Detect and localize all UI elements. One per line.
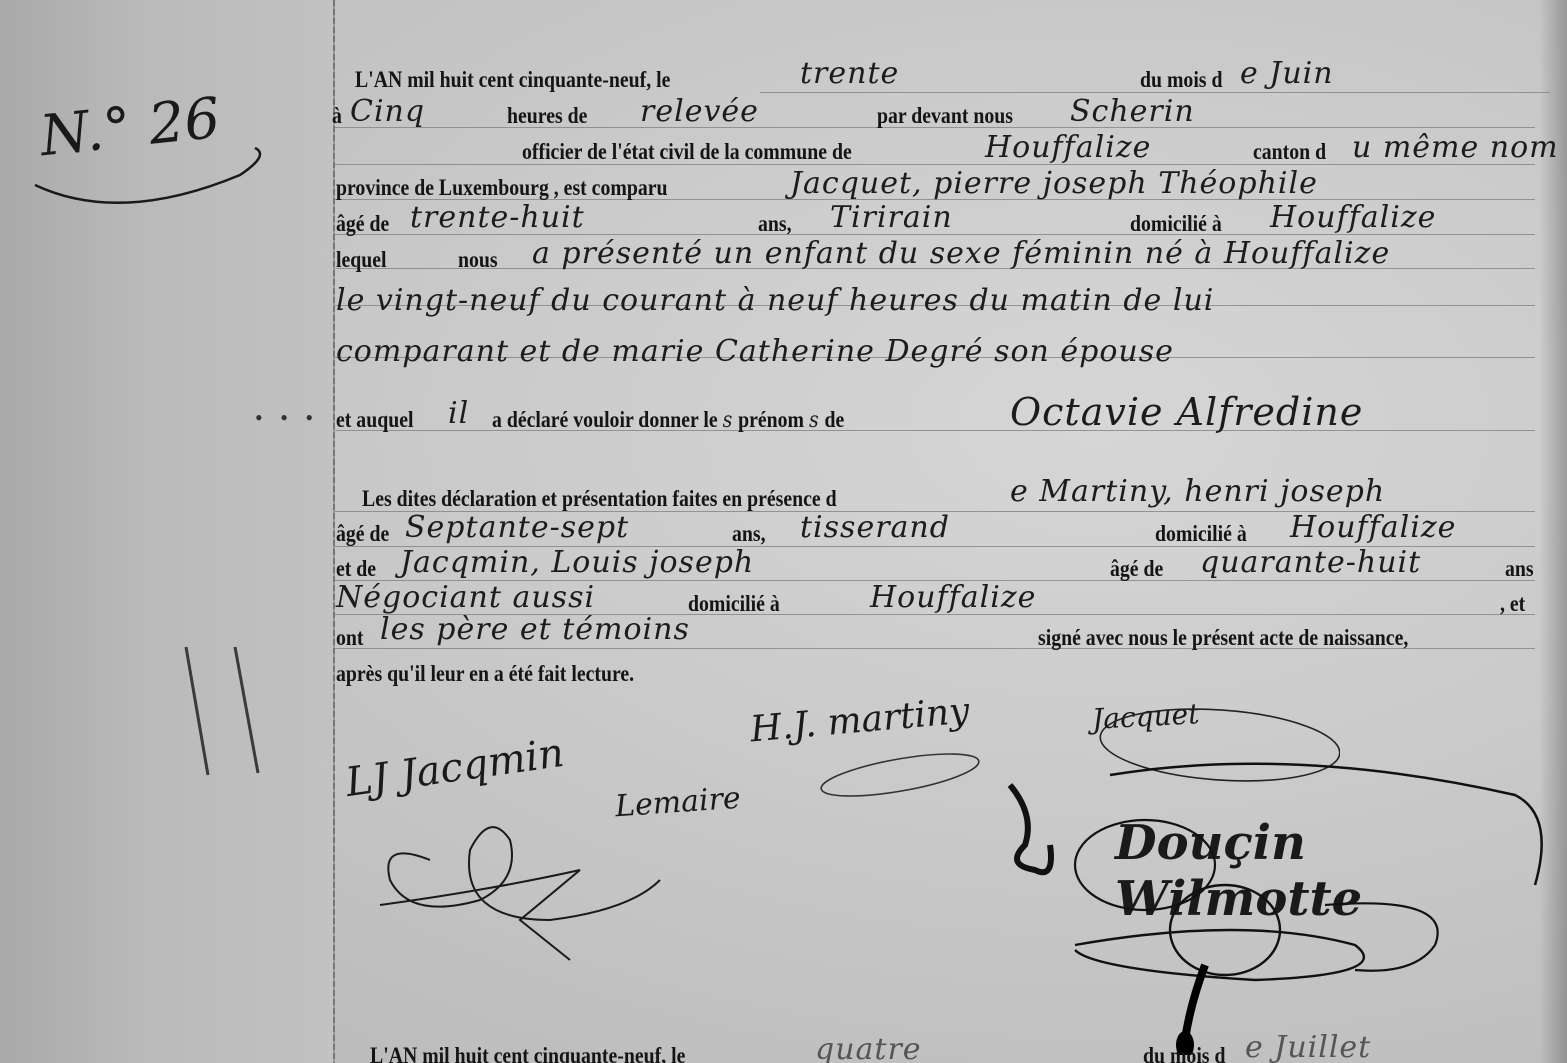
printed-text: domicilié à (1155, 521, 1247, 546)
witness1-occupation-field: tisserand (800, 510, 950, 545)
declarant-residence-field: Houffalize (1270, 200, 1436, 235)
printed-text: âgé de (1110, 556, 1163, 581)
day-field: trente (800, 56, 899, 91)
month-field: e Juin (1240, 56, 1334, 91)
act-line-4: province de Luxembourg , est comparu (336, 174, 667, 202)
printed-text: ans, (732, 521, 766, 546)
act-line-5: âgé de (336, 210, 389, 238)
declarant-occupation-field: Tirirain (830, 200, 953, 235)
parents-text: comparant et de marie Catherine Degré so… (336, 334, 1174, 369)
witness1-residence-field: Houffalize (1290, 510, 1456, 545)
printed-text: du mois d (1140, 67, 1222, 92)
act-line-3: officier de l'état civil de la commune d… (522, 138, 852, 166)
act-line-11c: domicilié à (1155, 520, 1247, 548)
printed-text: par devant nous (877, 103, 1013, 128)
handwritten-text: s (809, 408, 820, 433)
printed-text: canton d (1253, 139, 1326, 164)
signature-flourish-icon (370, 800, 670, 970)
act-line-2: à (332, 102, 342, 130)
next-entry-line: L'AN mil huit cent cinquante-neuf, le (370, 1042, 685, 1063)
child-given-names-field: Octavie Alfredine (1010, 390, 1363, 434)
act-line-5c: domicilié à (1130, 210, 1222, 238)
printed-text: lequel (336, 247, 387, 272)
register-page: N.° 26 • • • L'AN mil huit cent cinquant… (0, 0, 1567, 1063)
handwritten-text: s (723, 408, 734, 433)
printed-text: L'AN mil huit cent cinquante-neuf, le (370, 1043, 685, 1063)
act-line-15: après qu'il leur en a été fait lecture. (336, 660, 634, 688)
printed-text: après qu'il leur en a été fait lecture. (336, 661, 634, 686)
printed-text: ans, (758, 211, 792, 236)
printed-text: âgé de (336, 521, 389, 546)
act-line-14b: signé avec nous le présent acte de naiss… (1038, 624, 1408, 652)
printed-text: L'AN mil huit cent cinquante-neuf, le (355, 67, 670, 92)
act-line-6: lequel (336, 246, 387, 274)
signature-lemaire: Lemaire (614, 781, 742, 825)
printed-text: domicilié à (688, 591, 780, 616)
witness2-age-field: quarante-huit (1200, 545, 1421, 580)
signature-martiny: H.J. martiny (749, 691, 971, 751)
act-line-2c: par devant nous (877, 102, 1013, 130)
next-entry-month-field: e Juillet (1245, 1030, 1371, 1063)
act-line-9: et auquel (336, 406, 413, 434)
witness2-occupation-field: Négociant aussi (336, 580, 595, 615)
act-line-10: Les dites déclaration et présentation fa… (362, 485, 837, 513)
printed-text: province de Luxembourg , est comparu (336, 175, 667, 200)
printed-text: ans (1505, 556, 1534, 581)
hour-field: Cinq (350, 94, 425, 129)
officer-name-field: Scherin (1070, 94, 1195, 129)
next-entry-line-b: du mois d (1143, 1042, 1225, 1063)
printed-text: heures de (507, 103, 587, 128)
declarant-name-field: Jacquet, pierre joseph Théophile (790, 166, 1318, 201)
act-line-11: âgé de (336, 520, 389, 548)
act-line-9b: a déclaré vouloir donner le s prénom s d… (492, 406, 844, 435)
entry-number-flourish-icon (30, 130, 270, 220)
act-line-1b: du mois d (1140, 66, 1222, 94)
tally-marks-icon (180, 645, 280, 785)
printed-text: officier de l'état civil de la commune d… (522, 139, 852, 164)
margin-dots: • • • (255, 405, 319, 431)
printed-text: de (824, 407, 844, 432)
time-of-day-field: relevée (640, 94, 759, 129)
birth-date-text: le vingt-neuf du courant à neuf heures d… (336, 283, 1214, 318)
printed-text: et de (336, 556, 376, 581)
printed-text: signé avec nous le présent acte de naiss… (1038, 625, 1408, 650)
act-line-6b: nous (458, 246, 498, 274)
act-line-12c: ans (1505, 555, 1534, 583)
printed-text: ont (336, 625, 363, 650)
act-line-14: ont (336, 624, 363, 652)
presentation-text: a présenté un enfant du sexe féminin né … (532, 236, 1390, 271)
printed-text: , et (1500, 591, 1525, 616)
act-line-13: domicilié à (688, 590, 780, 618)
act-line-13b: , et (1500, 590, 1525, 618)
commune-field: Houffalize (985, 130, 1151, 165)
act-line-3b: canton d (1253, 138, 1326, 166)
canton-field: u même nom (1352, 130, 1559, 165)
act-line-12b: âgé de (1110, 555, 1163, 583)
officer-paraph-icon (995, 755, 1565, 1055)
margin-rule (333, 0, 335, 1063)
printed-text: à (332, 103, 342, 128)
printed-text: et auquel (336, 407, 413, 432)
act-line-2b: heures de (507, 102, 587, 130)
act-line-12: et de (336, 555, 376, 583)
act-line-11b: ans, (732, 520, 766, 548)
declarant-age-field: trente-huit (410, 200, 585, 235)
printed-text: Les dites déclaration et présentation fa… (362, 486, 837, 511)
printed-text: du mois d (1143, 1043, 1225, 1063)
printed-text: prénom (738, 407, 804, 432)
witness1-name-field: e Martiny, henri joseph (1010, 474, 1385, 509)
printed-text: domicilié à (1130, 211, 1222, 236)
signatories-field: les père et témoins (380, 612, 690, 647)
pronoun-field: il (448, 396, 469, 431)
witness2-residence-field: Houffalize (870, 580, 1036, 615)
act-line-5b: ans, (758, 210, 792, 238)
printed-text: a déclaré vouloir donner le (492, 407, 718, 432)
act-line-1: L'AN mil huit cent cinquante-neuf, le (355, 66, 670, 94)
signature-jacqmin: LJ Jacqmin (343, 730, 567, 806)
witness2-name-field: Jacqmin, Louis joseph (400, 545, 754, 580)
signature-flourish-icon (810, 745, 1010, 805)
printed-text: nous (458, 247, 498, 272)
next-entry-day-field: quatre (815, 1032, 922, 1063)
witness1-age-field: Septante-sept (405, 510, 629, 545)
printed-text: âgé de (336, 211, 389, 236)
